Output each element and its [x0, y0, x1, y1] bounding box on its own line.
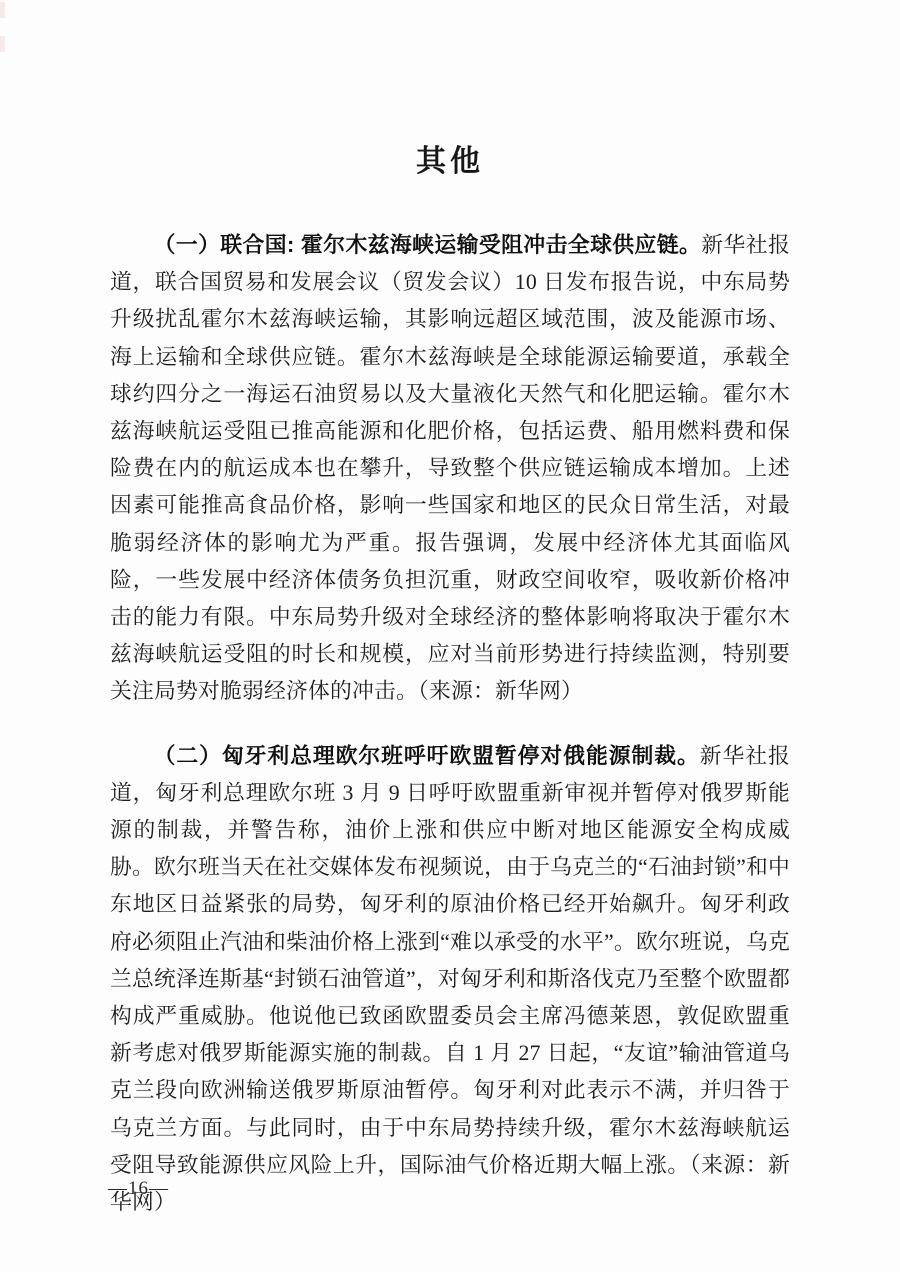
- page-title: 其他: [0, 0, 900, 180]
- paragraph-2-heading: （二）匈牙利总理欧尔班呼吁欧盟暂停对俄能源制裁。: [154, 743, 700, 768]
- paragraph-2-text: 新华社报道，匈牙利总理欧尔班 3 月 9 日呼吁欧盟重新审视并暂停对俄罗斯能源的…: [110, 744, 790, 1214]
- page-number: —16—: [108, 1178, 169, 1200]
- scan-edge-artifact: [0, 2, 5, 18]
- paragraph-1-heading: （一）联合国: 霍尔木兹海峡运输受阻冲击全球供应链。: [154, 232, 702, 257]
- paragraph-1-text: 新华社报道，联合国贸易和发展会议（贸发会议）10 日发布报告说，中东局势升级扰乱…: [110, 233, 790, 703]
- document-page: 其他 （一）联合国: 霍尔木兹海峡运输受阻冲击全球供应链。新华社报道，联合国贸易…: [0, 0, 900, 1272]
- paragraph-1: （一）联合国: 霍尔木兹海峡运输受阻冲击全球供应链。新华社报道，联合国贸易和发展…: [110, 226, 790, 711]
- paragraph-2: （二）匈牙利总理欧尔班呼吁欧盟暂停对俄能源制裁。新华社报道，匈牙利总理欧尔班 3…: [110, 737, 790, 1222]
- document-body: （一）联合国: 霍尔木兹海峡运输受阻冲击全球供应链。新华社报道，联合国贸易和发展…: [110, 226, 790, 1221]
